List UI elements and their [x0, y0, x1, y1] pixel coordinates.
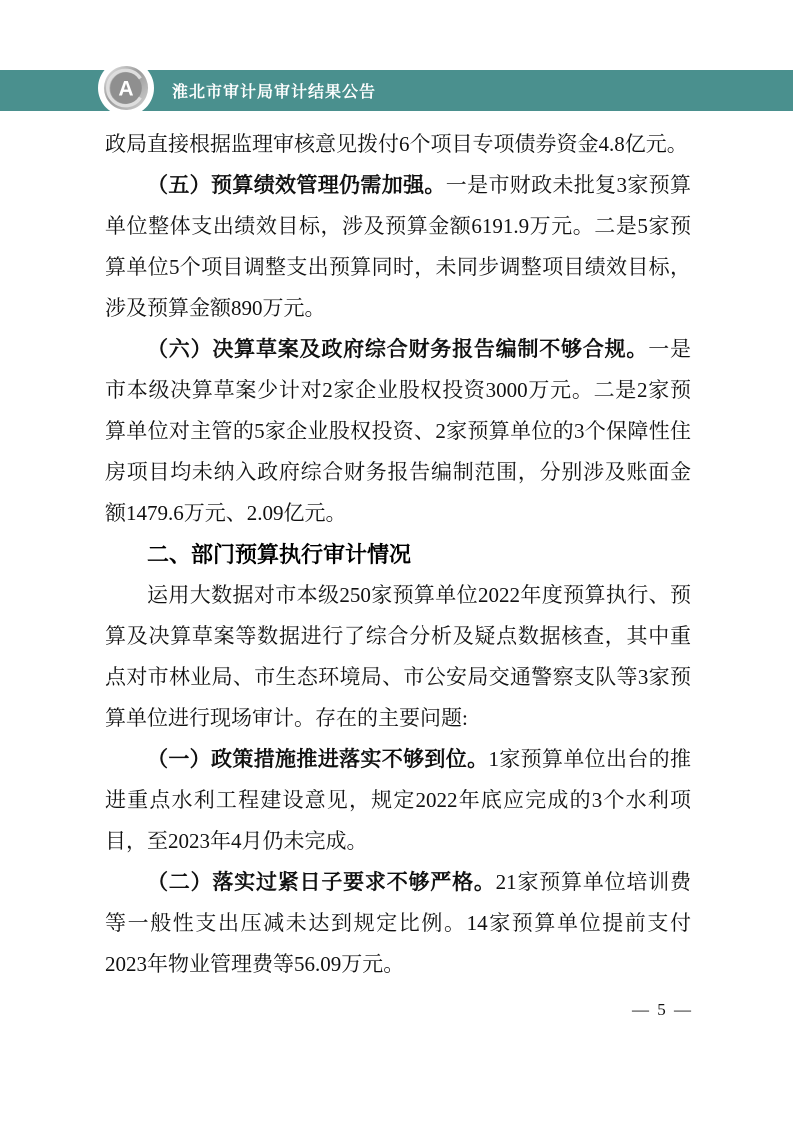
- section-heading: 二、部门预算执行审计情况: [105, 534, 691, 575]
- paragraph-lead: （一）政策措施推进落实不够到位。: [147, 747, 488, 771]
- page-number: — 5 —: [632, 1000, 693, 1020]
- paragraph-text: 政局直接根据监理审核意见拨付6个项目专项债券资金4.8亿元。: [105, 132, 688, 156]
- paragraph: （六）决算草案及政府综合财务报告编制不够合规。一是市本级决算草案少计对2家企业股…: [105, 329, 691, 534]
- paragraph-lead: （二）落实过紧日子要求不够严格。: [147, 870, 496, 894]
- header-title: 淮北市审计局审计结果公告: [172, 70, 376, 111]
- paragraph: （二）落实过紧日子要求不够严格。21家预算单位培训费等一般性支出压减未达到规定比…: [105, 862, 691, 985]
- paragraph-text: 一是市本级决算草案少计对2家企业股权投资3000万元。二是2家预算单位对主管的5…: [105, 337, 691, 525]
- paragraph: （五）预算绩效管理仍需加强。一是市财政未批复3家预算单位整体支出绩效目标，涉及预…: [105, 165, 691, 329]
- document-body: 政局直接根据监理审核意见拨付6个项目专项债券资金4.8亿元。 （五）预算绩效管理…: [105, 124, 691, 985]
- document-page: A 淮北市审计局审计结果公告 政局直接根据监理审核意见拨付6个项目专项债券资金4…: [0, 0, 793, 1122]
- paragraph: （一）政策措施推进落实不够到位。1家预算单位出台的推进重点水利工程建设意见，规定…: [105, 739, 691, 862]
- paragraph-text: 运用大数据对市本级250家预算单位2022年度预算执行、预算及决算草案等数据进行…: [105, 583, 691, 730]
- header-band: A 淮北市审计局审计结果公告: [0, 70, 793, 111]
- audit-logo-icon: A: [103, 65, 149, 111]
- svg-text:A: A: [118, 78, 133, 101]
- paragraph-lead: （五）预算绩效管理仍需加强。: [147, 173, 446, 197]
- paragraph-lead: （六）决算草案及政府综合财务报告编制不够合规。: [147, 337, 648, 361]
- paragraph: 运用大数据对市本级250家预算单位2022年度预算执行、预算及决算草案等数据进行…: [105, 575, 691, 739]
- paragraph: 政局直接根据监理审核意见拨付6个项目专项债券资金4.8亿元。: [105, 124, 691, 165]
